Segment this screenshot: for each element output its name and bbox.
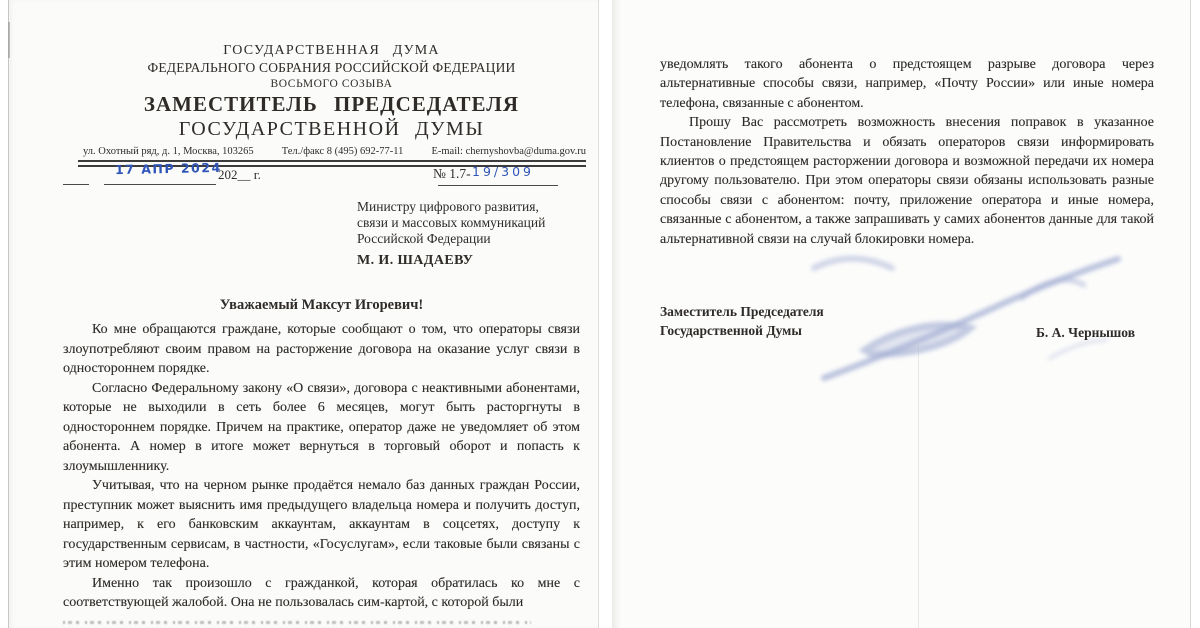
letter-page-2: уведомлять такого абонента о предстоящем…	[612, 0, 1191, 628]
org-subtitle: ФЕДЕРАЛЬНОГО СОБРАНИЯ РОССИЙСКОЙ ФЕДЕРАЦ…	[69, 60, 594, 76]
signer-title: Заместитель Председателя Государственной…	[660, 303, 824, 340]
paragraph: Учитывая, что на черном рынке продаётся …	[63, 476, 580, 574]
org-name: ГОСУДАРСТВЕННАЯ ДУМА	[69, 43, 594, 59]
scan-edge-mark	[8, 22, 10, 58]
signer-title-line: Государственной Думы	[660, 322, 824, 341]
signer-name: Б. А. Чернышов	[1036, 325, 1135, 341]
recipient-line: Министру цифрового развития,	[357, 199, 545, 215]
date-stamp: 17 АПР 2024	[115, 160, 222, 177]
convocation-line: ВОСЬМОГО СОЗЫВА	[69, 78, 594, 90]
document-number-value: 19/309	[472, 164, 534, 179]
document-number-label: № 1.7-	[433, 166, 471, 182]
signature-scribble	[810, 248, 1132, 386]
phone-fax: Тел./факс 8 (495) 692-77-11	[282, 146, 404, 157]
letter-body-page1: Ко мне обращаются граждане, которые сооб…	[63, 320, 580, 624]
recipient-line: Российской Федерации	[357, 231, 545, 247]
date-underline	[104, 184, 216, 185]
number-underline	[438, 185, 558, 186]
paragraph: Именно так произошло с гражданкой, котор…	[63, 574, 580, 613]
paragraph: Прошу Вас рассмотреть возможность внесен…	[660, 113, 1154, 249]
paragraph: уведомлять такого абонента о предстоящем…	[660, 55, 1154, 113]
postal-address: ул. Охотный ряд, д. 1, Москва, 103265	[83, 146, 254, 157]
letter-body-page2: уведомлять такого абонента о предстоящем…	[660, 55, 1154, 249]
letter-page-1: ГОСУДАРСТВЕННАЯ ДУМА ФЕДЕРАЛЬНОГО СОБРАН…	[8, 0, 599, 628]
signer-title-line: Заместитель Председателя	[660, 303, 824, 322]
recipient-name: М. И. ШАДАЕВУ	[357, 253, 545, 269]
date-underline-short	[63, 184, 89, 185]
paper-crease	[918, 345, 919, 628]
paragraph: Согласно Федеральному закону «О связи», …	[63, 379, 580, 477]
email: E-mail: chernyshovba@duma.gov.ru	[431, 146, 586, 157]
sender-title-line1: ЗАМЕСТИТЕЛЬ ПРЕДСЕДАТЕЛЯ	[69, 92, 594, 117]
recipient-line: связи и массовых коммуникаций	[357, 215, 545, 231]
paragraph: Ко мне обращаются граждане, которые сооб…	[63, 320, 580, 379]
sender-title-line2: ГОСУДАРСТВЕННОЙ ДУМЫ	[69, 118, 594, 141]
year-suffix: 202__ г.	[218, 167, 261, 183]
recipient-block: Министру цифрового развития, связи и мас…	[357, 199, 545, 269]
contact-row: ул. Охотный ряд, д. 1, Москва, 103265 Те…	[83, 146, 586, 157]
cutoff-text-line	[63, 621, 531, 624]
salutation: Уважаемый Максут Игоревич!	[63, 297, 580, 314]
